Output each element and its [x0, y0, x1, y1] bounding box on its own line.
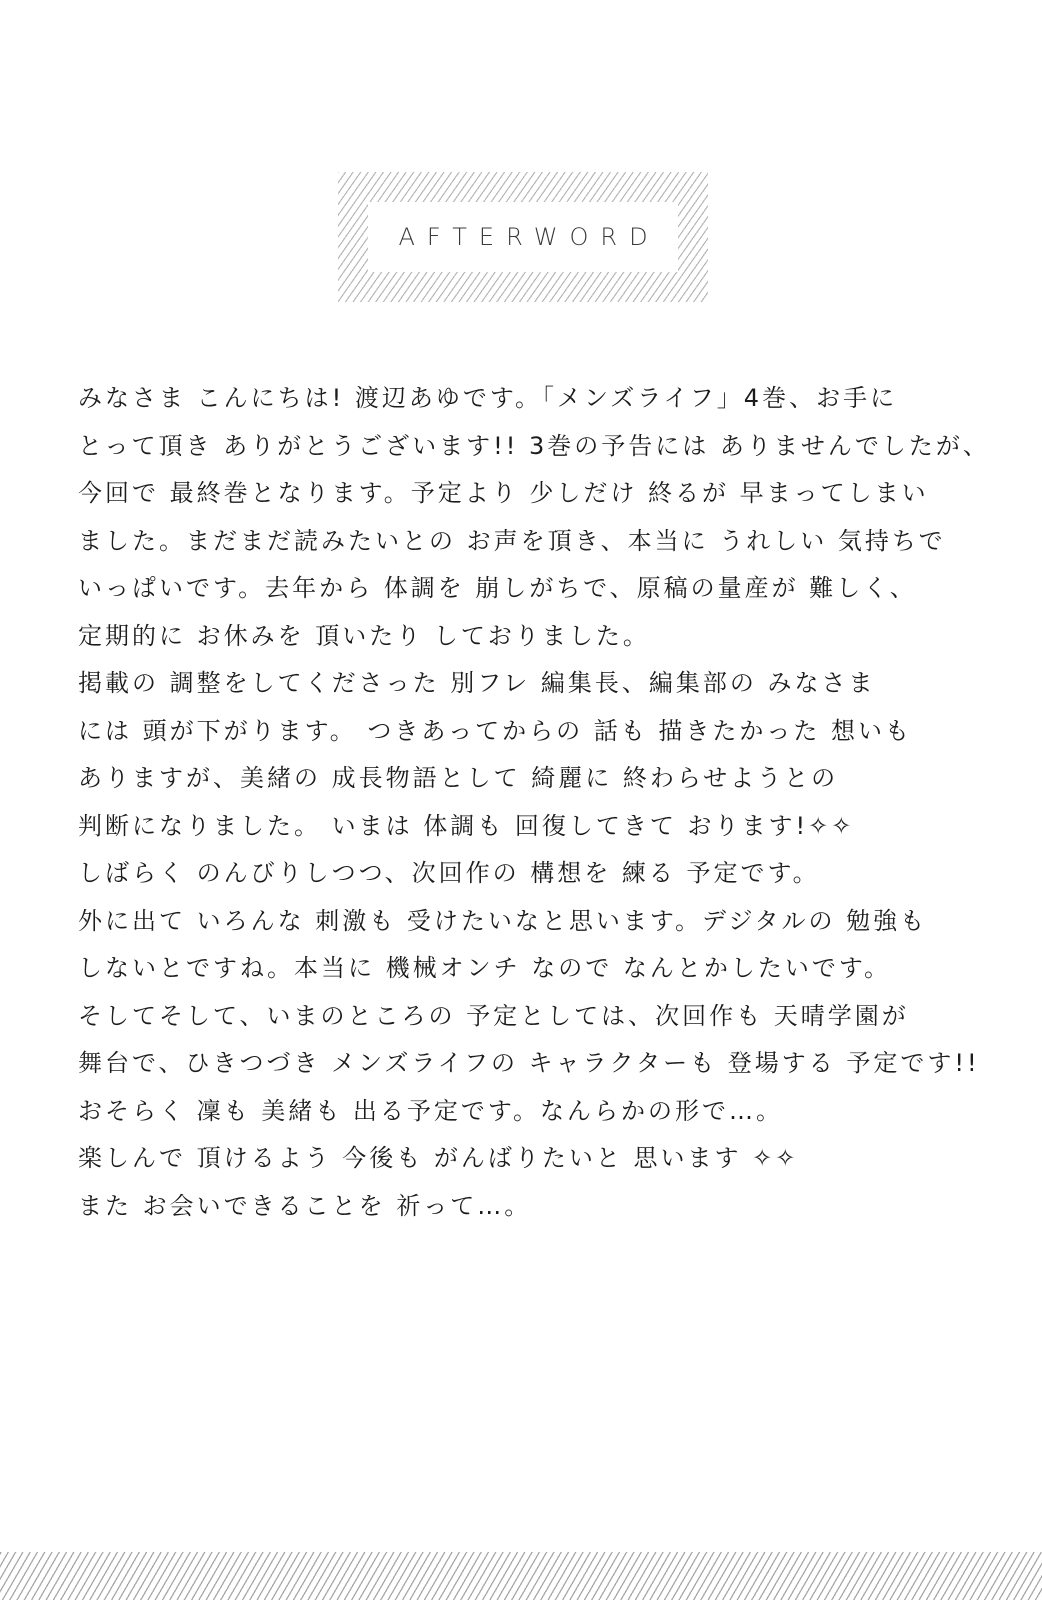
text-line: 今回で 最終巻となります。予定より 少しだけ 終るが 早まってしまい — [78, 470, 978, 518]
text-line: 楽しんで 頂けるよう 今後も がんばりたいと 思います ✧✧ — [78, 1135, 978, 1183]
text-line: おそらく 凜も 美緒も 出る予定です。なんらかの形で…。 — [78, 1088, 978, 1136]
afterword-body: みなさま こんにちは! 渡辺あゆです。「メンズライフ」4巻、お手に とって頂き … — [78, 375, 978, 1230]
page-title: AFTERWORD — [386, 223, 659, 251]
text-line: には 頭が下がります。 つきあってからの 話も 描きたかった 想いも — [78, 708, 978, 756]
text-line: いっぱいです。去年から 体調を 崩しがちで、原稿の量産が 難しく、 — [78, 565, 978, 613]
text-line: 掲載の 調整をしてくださった 別フレ 編集長、編集部の みなさま — [78, 660, 978, 708]
text-line: そしてそして、いまのところの 予定としては、次回作も 天晴学園が — [78, 993, 978, 1041]
text-line: 判断になりました。 いまは 体調も 回復してきて おります!✧✧ — [78, 803, 978, 851]
afterword-title-frame: AFTERWORD — [338, 172, 708, 302]
text-line: 定期的に お休みを 頂いたり しておりました。 — [78, 613, 978, 661]
title-box: AFTERWORD — [368, 202, 678, 272]
text-line: みなさま こんにちは! 渡辺あゆです。「メンズライフ」4巻、お手に — [78, 375, 978, 423]
text-line: 外に出て いろんな 刺激も 受けたいなと思います。デジタルの 勉強も — [78, 898, 978, 946]
text-line: しばらく のんびりしつつ、次回作の 構想を 練る 予定です。 — [78, 850, 978, 898]
bottom-hatch-band — [0, 1552, 1042, 1600]
text-line: とって頂き ありがとうございます!! 3巻の予告には ありませんでしたが、 — [78, 423, 978, 471]
text-line: ありますが、美緒の 成長物語として 綺麗に 終わらせようとの — [78, 755, 978, 803]
text-line: ました。まだまだ読みたいとの お声を頂き、本当に うれしい 気持ちで — [78, 518, 978, 566]
text-line: しないとですね。本当に 機械オンチ なので なんとかしたいです。 — [78, 945, 978, 993]
text-line: 舞台で、ひきつづき メンズライフの キャラクターも 登場する 予定です!! — [78, 1040, 978, 1088]
text-line: また お会いできることを 祈って…。 — [78, 1183, 978, 1231]
